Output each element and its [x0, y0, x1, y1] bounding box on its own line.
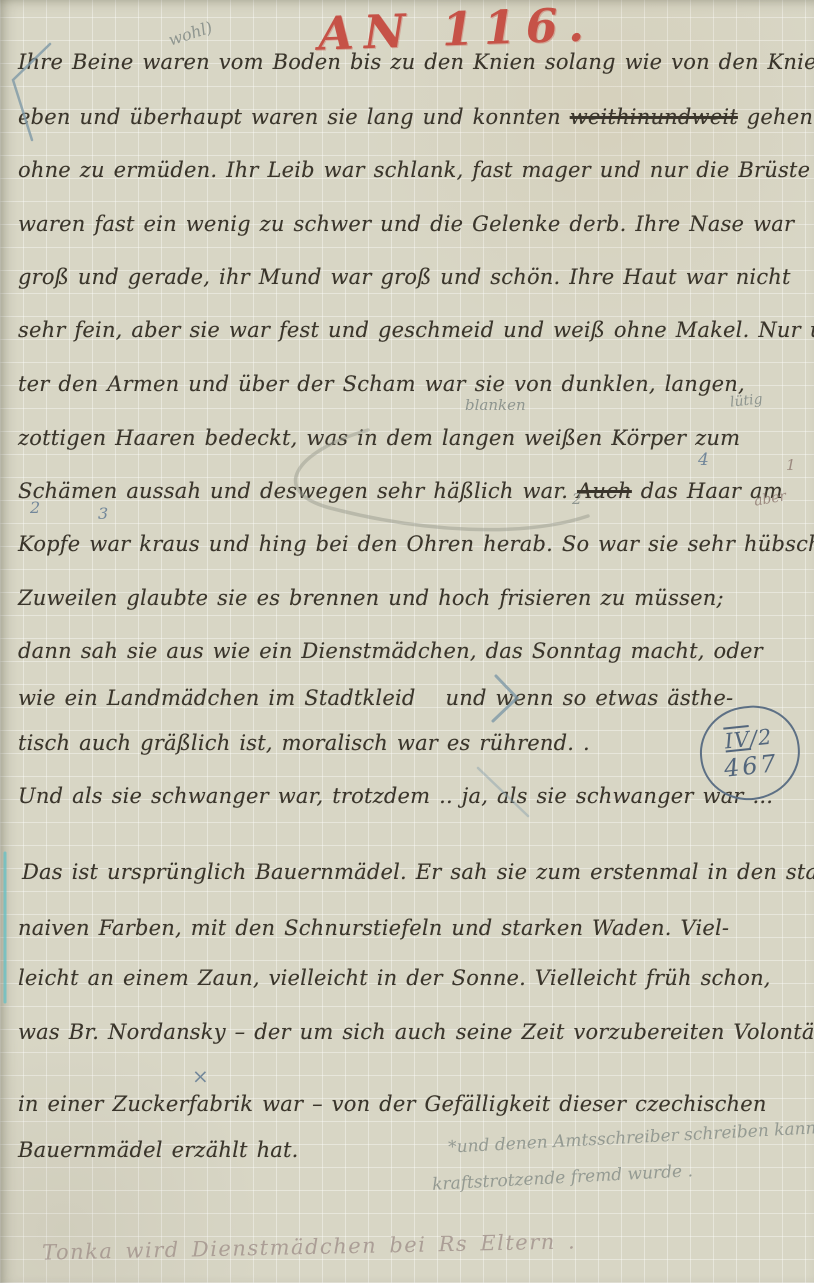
pencil-insert-luetig: lütig [729, 392, 763, 409]
blue-cross-mark: × [192, 1066, 209, 1086]
manuscript-line-p1-04: waren fast ein wenig zu schwer und die G… [18, 214, 794, 235]
manuscript-line-p1-10: Kopfe war kraus und hing bei den Ohren h… [18, 534, 814, 555]
pencil-insert-blanken: blanken [465, 398, 526, 413]
line-segment: gehen [738, 105, 813, 129]
manuscript-line-p1-09: Schämen aussah und deswegen sehr häßlich… [18, 481, 783, 502]
manuscript-line-p1-01: Ihre Beine waren vom Boden bis zu den Kn… [18, 52, 814, 73]
line-segment: Schämen aussah und deswegen sehr häßlich… [18, 479, 577, 503]
manuscript-line-p1-13: wie ein Landmädchen im Stadtkleidund wen… [18, 688, 733, 709]
manuscript-line-p2-03: leicht an einem Zaun, vielleicht in der … [18, 968, 771, 989]
manuscript-line-p1-02: eben und überhaupt waren sie lang und ko… [18, 107, 813, 128]
footnote-pencil-line-1: *und denen Amtsschreiber schreiben kann [448, 1118, 814, 1157]
manuscript-page: AN 116. wohl) Ihre Beine waren vom Boden… [0, 0, 814, 1283]
stamp-suffix: /2 [749, 724, 774, 750]
manuscript-line-p1-06: sehr fein, aber sie war fest und geschme… [18, 320, 814, 341]
manuscript-line-p2-02: naiven Farben, mit den Schnurstiefeln un… [18, 918, 729, 939]
pencil-number-2a: 2 [30, 500, 40, 516]
manuscript-line-p1-11: Zuweilen glaubte sie es brennen und hoch… [18, 588, 724, 609]
line-segment: eben und überhaupt waren sie lang und ko… [18, 105, 570, 129]
pencil-number-4: 4 [698, 452, 709, 469]
pencil-word-aber: aber [753, 489, 787, 508]
line-segment: wie ein Landmädchen im Stadtkleid [18, 686, 416, 710]
stamp-roman-line: IV/2 [723, 724, 773, 753]
stamp-number: 467 [723, 749, 780, 783]
manuscript-line-p1-14: tisch auch gräßlich ist, moralisch war e… [18, 733, 590, 754]
bottom-pencil-note: Tonka wird Dienstmädchen bei Rs Eltern . [42, 1229, 577, 1264]
pencil-number-2b: 2 [572, 492, 582, 507]
pencil-number-3: 3 [98, 506, 108, 522]
footnote-pencil-line-2: kraftstrotzende fremd wurde . [432, 1161, 694, 1195]
manuscript-line-p1-07: ter den Armen und über der Scham war sie… [18, 374, 745, 395]
manuscript-line-p1-08: zottigen Haaren bedeckt, was in dem lang… [18, 428, 740, 449]
struck-text: weithinundweit [570, 105, 738, 129]
pencil-number-1: 1 [786, 458, 796, 473]
manuscript-line-p2-05: in einer Zuckerfabrik war – von der Gefä… [18, 1094, 767, 1115]
manuscript-line-p1-05: groß und gerade, ihr Mund war groß und s… [18, 267, 791, 288]
manuscript-line-p1-15: Und als sie schwanger war, trotzdem .. j… [18, 786, 773, 807]
manuscript-line-p2-04: was Br. Nordansky – der um sich auch sei… [18, 1022, 814, 1043]
line-segment: und wenn so etwas ästhe- [416, 686, 734, 710]
stamp-roman-numeral: IV [723, 726, 751, 753]
manuscript-line-p2-01: Das ist ursprünglich Bauernmädel. Er sah… [22, 862, 814, 883]
struck-text: Auch [577, 479, 632, 503]
manuscript-line-p1-03: ohne zu ermüden. Ihr Leib war schlank, f… [18, 160, 810, 181]
manuscript-line-p1-12: dann sah sie aus wie ein Dienstmädchen, … [18, 641, 763, 662]
manuscript-line-p2-06: Bauernmädel erzählt hat. [18, 1140, 299, 1161]
pencil-note-top: wohl) [167, 19, 215, 48]
